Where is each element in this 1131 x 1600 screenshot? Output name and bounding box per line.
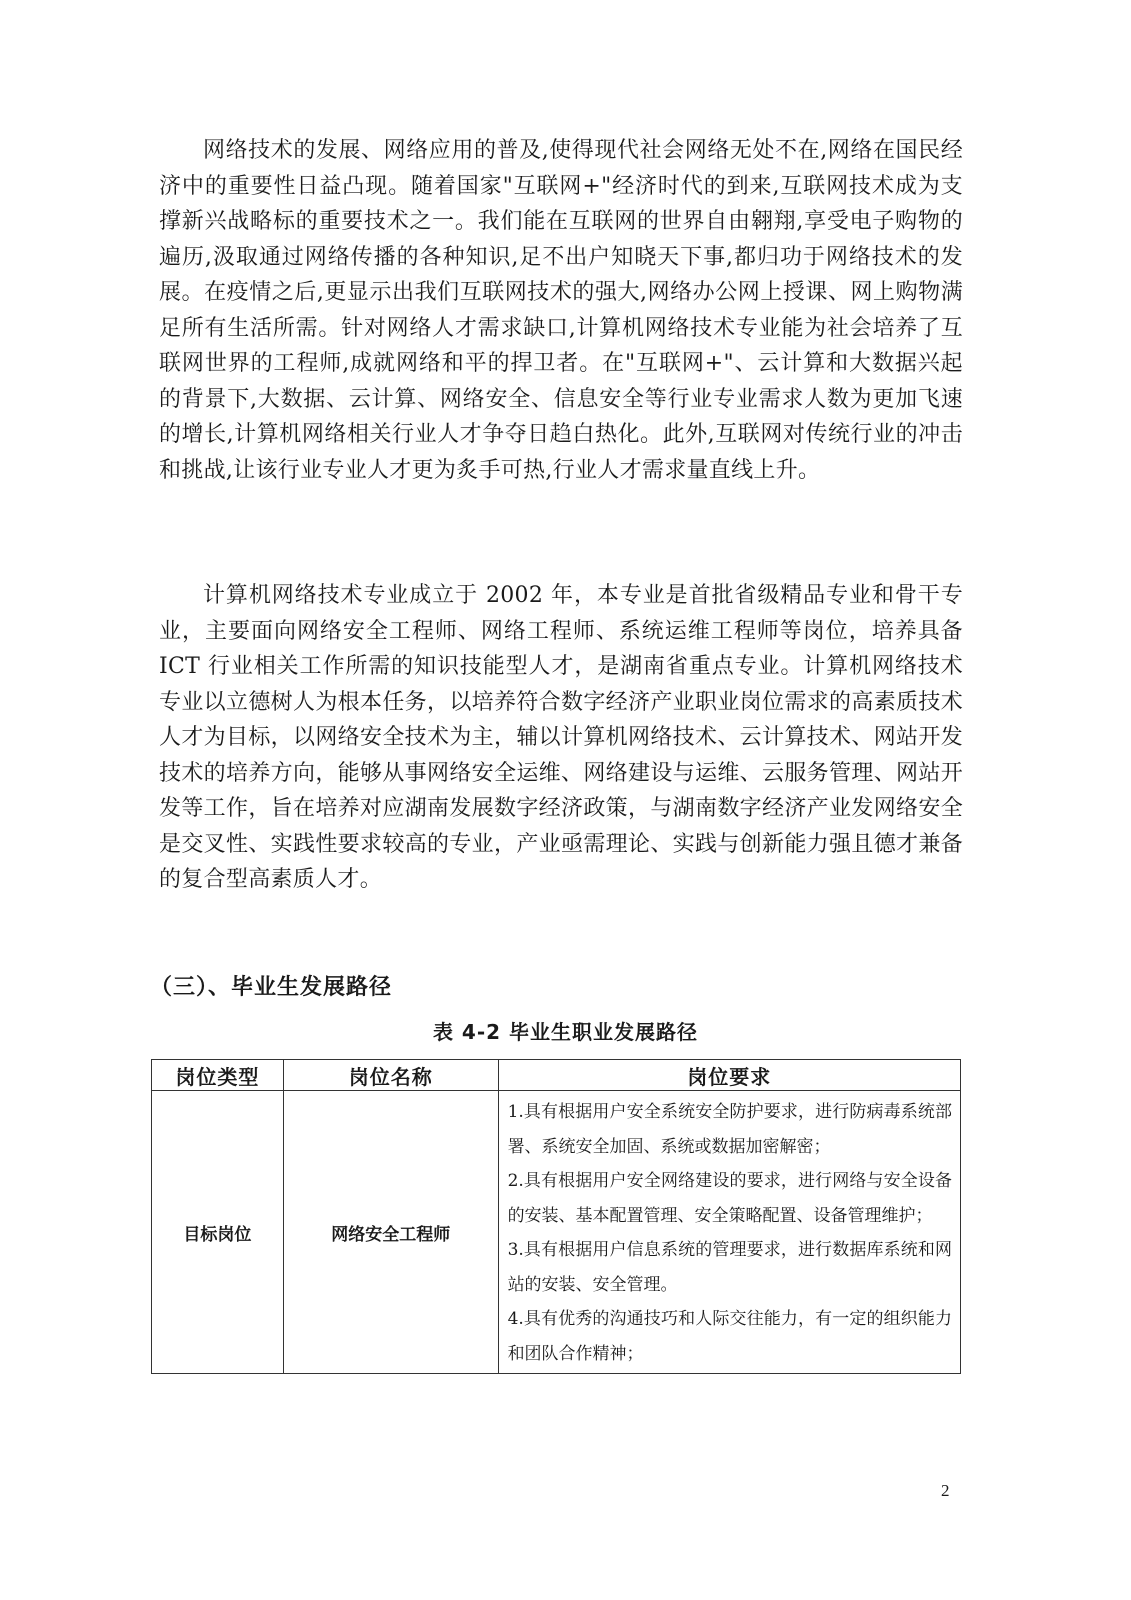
table-header-row: 岗位类型 岗位名称 岗位要求: [152, 1060, 961, 1091]
paragraph-network-tech-development: 网络技术的发展、网络应用的普及,使得现代社会网络无处不在,网络在国民经济中的重要…: [159, 133, 963, 488]
requirement-item: 4.具有优秀的沟通技巧和人际交往能力，有一定的组织能力和团队合作精神；: [508, 1302, 952, 1371]
requirement-item: 1.具有根据用户安全系统安全防护要求，进行防病毒系统部署、系统安全加固、系统或数…: [508, 1095, 952, 1164]
cell-position-type: 目标岗位: [152, 1091, 284, 1374]
requirement-item: 3.具有根据用户信息系统的管理要求，进行数据库系统和网站的安装、安全管理。: [508, 1233, 952, 1302]
paragraph-major-introduction: 计算机网络技术专业成立于 2002 年，本专业是首批省级精品专业和骨干专业，主要…: [159, 578, 963, 898]
page-number: 2: [941, 1481, 950, 1501]
header-position-type: 岗位类型: [152, 1060, 284, 1091]
table-row: 目标岗位 网络安全工程师 1.具有根据用户安全系统安全防护要求，进行防病毒系统部…: [152, 1091, 961, 1374]
requirement-item: 2.具有根据用户安全网络建设的要求，进行网络与安全设备的安装、基本配置管理、安全…: [508, 1164, 952, 1233]
cell-position-requirements: 1.具有根据用户安全系统安全防护要求，进行防病毒系统部署、系统安全加固、系统或数…: [498, 1091, 960, 1374]
career-path-table: 岗位类型 岗位名称 岗位要求 目标岗位 网络安全工程师 1.具有根据用户安全系统…: [151, 1059, 961, 1374]
section-heading-graduate-path: （三）、毕业生发展路径: [150, 970, 392, 1001]
header-position-requirements: 岗位要求: [498, 1060, 960, 1091]
cell-position-name: 网络安全工程师: [283, 1091, 498, 1374]
table-caption: 表 4-2 毕业生职业发展路径: [0, 1016, 1131, 1045]
header-position-name: 岗位名称: [283, 1060, 498, 1091]
